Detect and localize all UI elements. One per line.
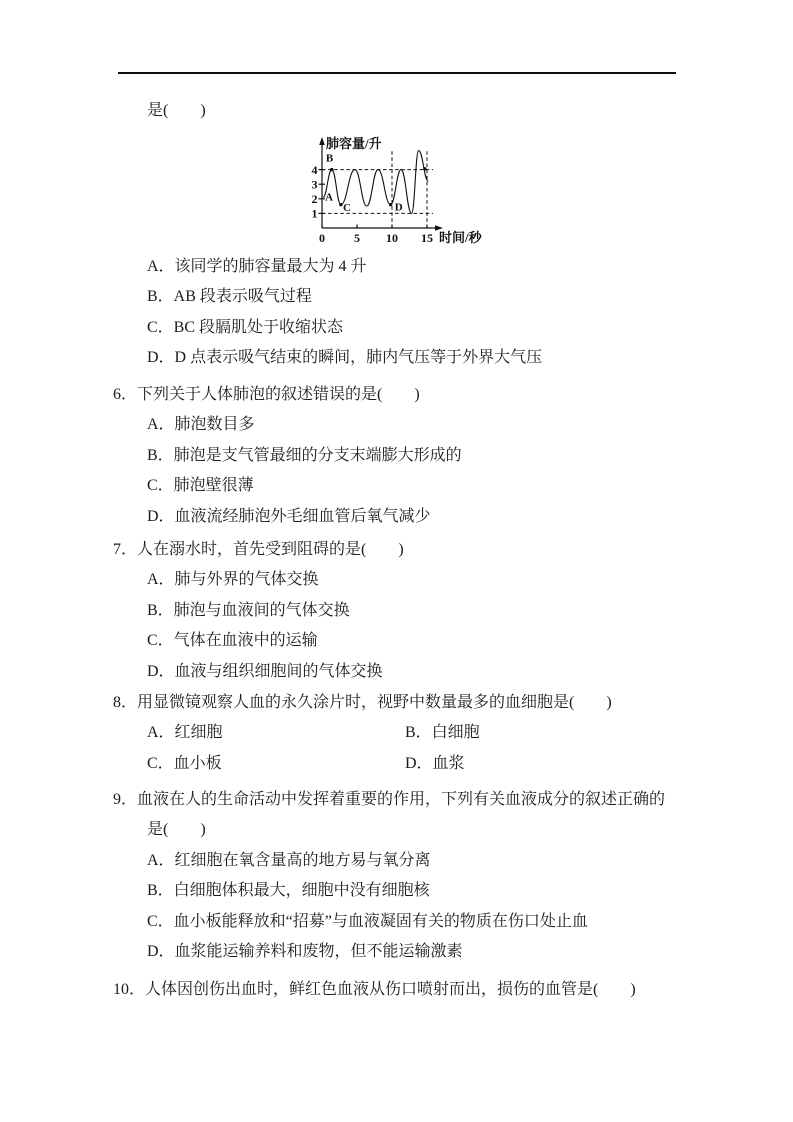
document-page: 是( ) 1234051015肺容量/升时间/秒BACD A．该同学的肺容量最大… — [0, 0, 793, 1122]
option-9b: B．白细胞体积最大，细胞中没有细胞核 — [147, 876, 723, 906]
option-7d: D．血液与组织细胞间的气体交换 — [147, 657, 723, 687]
x-axis-title: 时间/秒 — [439, 230, 483, 245]
question-9-stem-row: 9．血液在人的生命活动中发挥着重要的作用，下列有关血液成分的叙述正确的 — [113, 785, 723, 815]
option-9a: A．红细胞在氧含量高的地方易与氧分离 — [147, 846, 723, 876]
x-tick-label: 15 — [421, 231, 433, 245]
point-dot — [330, 168, 333, 171]
option-7c: C．气体在血液中的运输 — [147, 626, 723, 656]
option-7a: A．肺与外界的气体交换 — [147, 565, 723, 595]
question-5-stem-tail-row: 是( ) — [113, 96, 723, 126]
y-axis-title: 肺容量/升 — [326, 136, 382, 151]
option-8d: D．血浆 — [405, 749, 465, 779]
question-10-number: 10． — [113, 981, 145, 998]
question-10: 10．人体因创伤出血时，鲜红色血液从伤口喷射而出，损伤的血管是( ) — [113, 975, 723, 1005]
question-7-stem-row: 7．人在溺水时，首先受到阻碍的是( ) — [113, 535, 723, 565]
option-6a: A．肺泡数目多 — [147, 410, 723, 440]
question-9-stem-line1: 血液在人的生命活动中发挥着重要的作用，下列有关血液成分的叙述正确的 — [137, 791, 665, 808]
option-9d: D．血浆能运输养料和废物，但不能运输激素 — [147, 937, 723, 967]
option-8c: C．血小板 — [147, 755, 222, 772]
question-9-number: 9． — [113, 791, 137, 808]
option-8b: B．白细胞 — [405, 718, 480, 748]
point-label-a: A — [325, 191, 333, 203]
question-10-stem: 人体因创伤出血时，鲜红色血液从伤口喷射而出，损伤的血管是( ) — [145, 981, 636, 998]
question-8-number: 8． — [113, 694, 137, 711]
point-label-b: B — [326, 153, 334, 165]
option-5b: B．AB 段表示吸气过程 — [147, 282, 723, 312]
question-6-stem: 下列关于人体肺泡的叙述错误的是( ) — [137, 386, 420, 403]
x-tick-label: 5 — [354, 231, 360, 245]
question-8-stem-row: 8．用显微镜观察人血的永久涂片时，视野中数量最多的血细胞是( ) — [113, 688, 723, 718]
capacity-curve — [323, 151, 428, 214]
question-7-number: 7． — [113, 541, 137, 558]
question-10-stem-row: 10．人体因创伤出血时，鲜红色血液从伤口喷射而出，损伤的血管是( ) — [113, 975, 723, 1005]
header-rule — [118, 72, 676, 74]
y-tick-label: 1 — [312, 207, 318, 221]
option-7b: B．肺泡与血液间的气体交换 — [147, 596, 723, 626]
option-row-ab: A．红细胞 B．白细胞 — [147, 718, 723, 748]
question-9: 9．血液在人的生命活动中发挥着重要的作用，下列有关血液成分的叙述正确的 是( )… — [113, 785, 723, 967]
point-dot — [389, 203, 392, 206]
lung-capacity-chart: 1234051015肺容量/升时间/秒BACD — [305, 131, 500, 257]
option-6d: D．血液流经肺泡外毛细血管后氧气减少 — [147, 502, 723, 532]
x-tick-label: 0 — [319, 231, 325, 245]
option-6b: B．肺泡是支气管最细的分支末端膨大形成的 — [147, 441, 723, 471]
y-tick-label: 3 — [312, 177, 318, 191]
question-5-options-block: A．该同学的肺容量最大为 4 升 B．AB 段表示吸气过程 C．BC 段膈肌处于… — [113, 252, 723, 374]
point-dot — [423, 167, 426, 170]
option-6c: C．肺泡壁很薄 — [147, 471, 723, 501]
point-label-c: C — [343, 202, 351, 214]
option-row-cd: C．血小板 D．血浆 — [147, 749, 723, 779]
option-5a: A．该同学的肺容量最大为 4 升 — [147, 252, 723, 282]
y-tick-label: 4 — [312, 163, 318, 177]
question-6-stem-row: 6．下列关于人体肺泡的叙述错误的是( ) — [113, 380, 723, 410]
option-5d: D．D 点表示吸气结束的瞬间，肺内气压等于外界大气压 — [147, 343, 723, 373]
question-8: 8．用显微镜观察人血的永久涂片时，视野中数量最多的血细胞是( ) A．红细胞 B… — [113, 688, 723, 779]
option-8a: A．红细胞 — [147, 724, 223, 741]
question-9-stem-line2: 是( ) — [147, 815, 723, 845]
lung-capacity-chart-svg: 1234051015肺容量/升时间/秒BACD — [305, 131, 500, 257]
point-label-d: D — [395, 201, 403, 213]
question-6: 6．下列关于人体肺泡的叙述错误的是( ) A．肺泡数目多 B．肺泡是支气管最细的… — [113, 380, 723, 532]
question-5-stem-tail: 是( ) — [147, 96, 723, 126]
y-tick-label: 2 — [312, 192, 318, 206]
option-5c: C．BC 段膈肌处于收缩状态 — [147, 313, 723, 343]
question-8-stem: 用显微镜观察人血的永久涂片时，视野中数量最多的血细胞是( ) — [137, 694, 612, 711]
option-9c: C．血小板能释放和“招募”与血液凝固有关的物质在伤口处止血 — [147, 907, 723, 937]
x-tick-label: 10 — [386, 231, 398, 245]
question-7: 7．人在溺水时，首先受到阻碍的是( ) A．肺与外界的气体交换 B．肺泡与血液间… — [113, 535, 723, 687]
question-6-number: 6． — [113, 386, 137, 403]
question-7-stem: 人在溺水时，首先受到阻碍的是( ) — [137, 541, 404, 558]
y-axis-arrow — [319, 137, 325, 145]
